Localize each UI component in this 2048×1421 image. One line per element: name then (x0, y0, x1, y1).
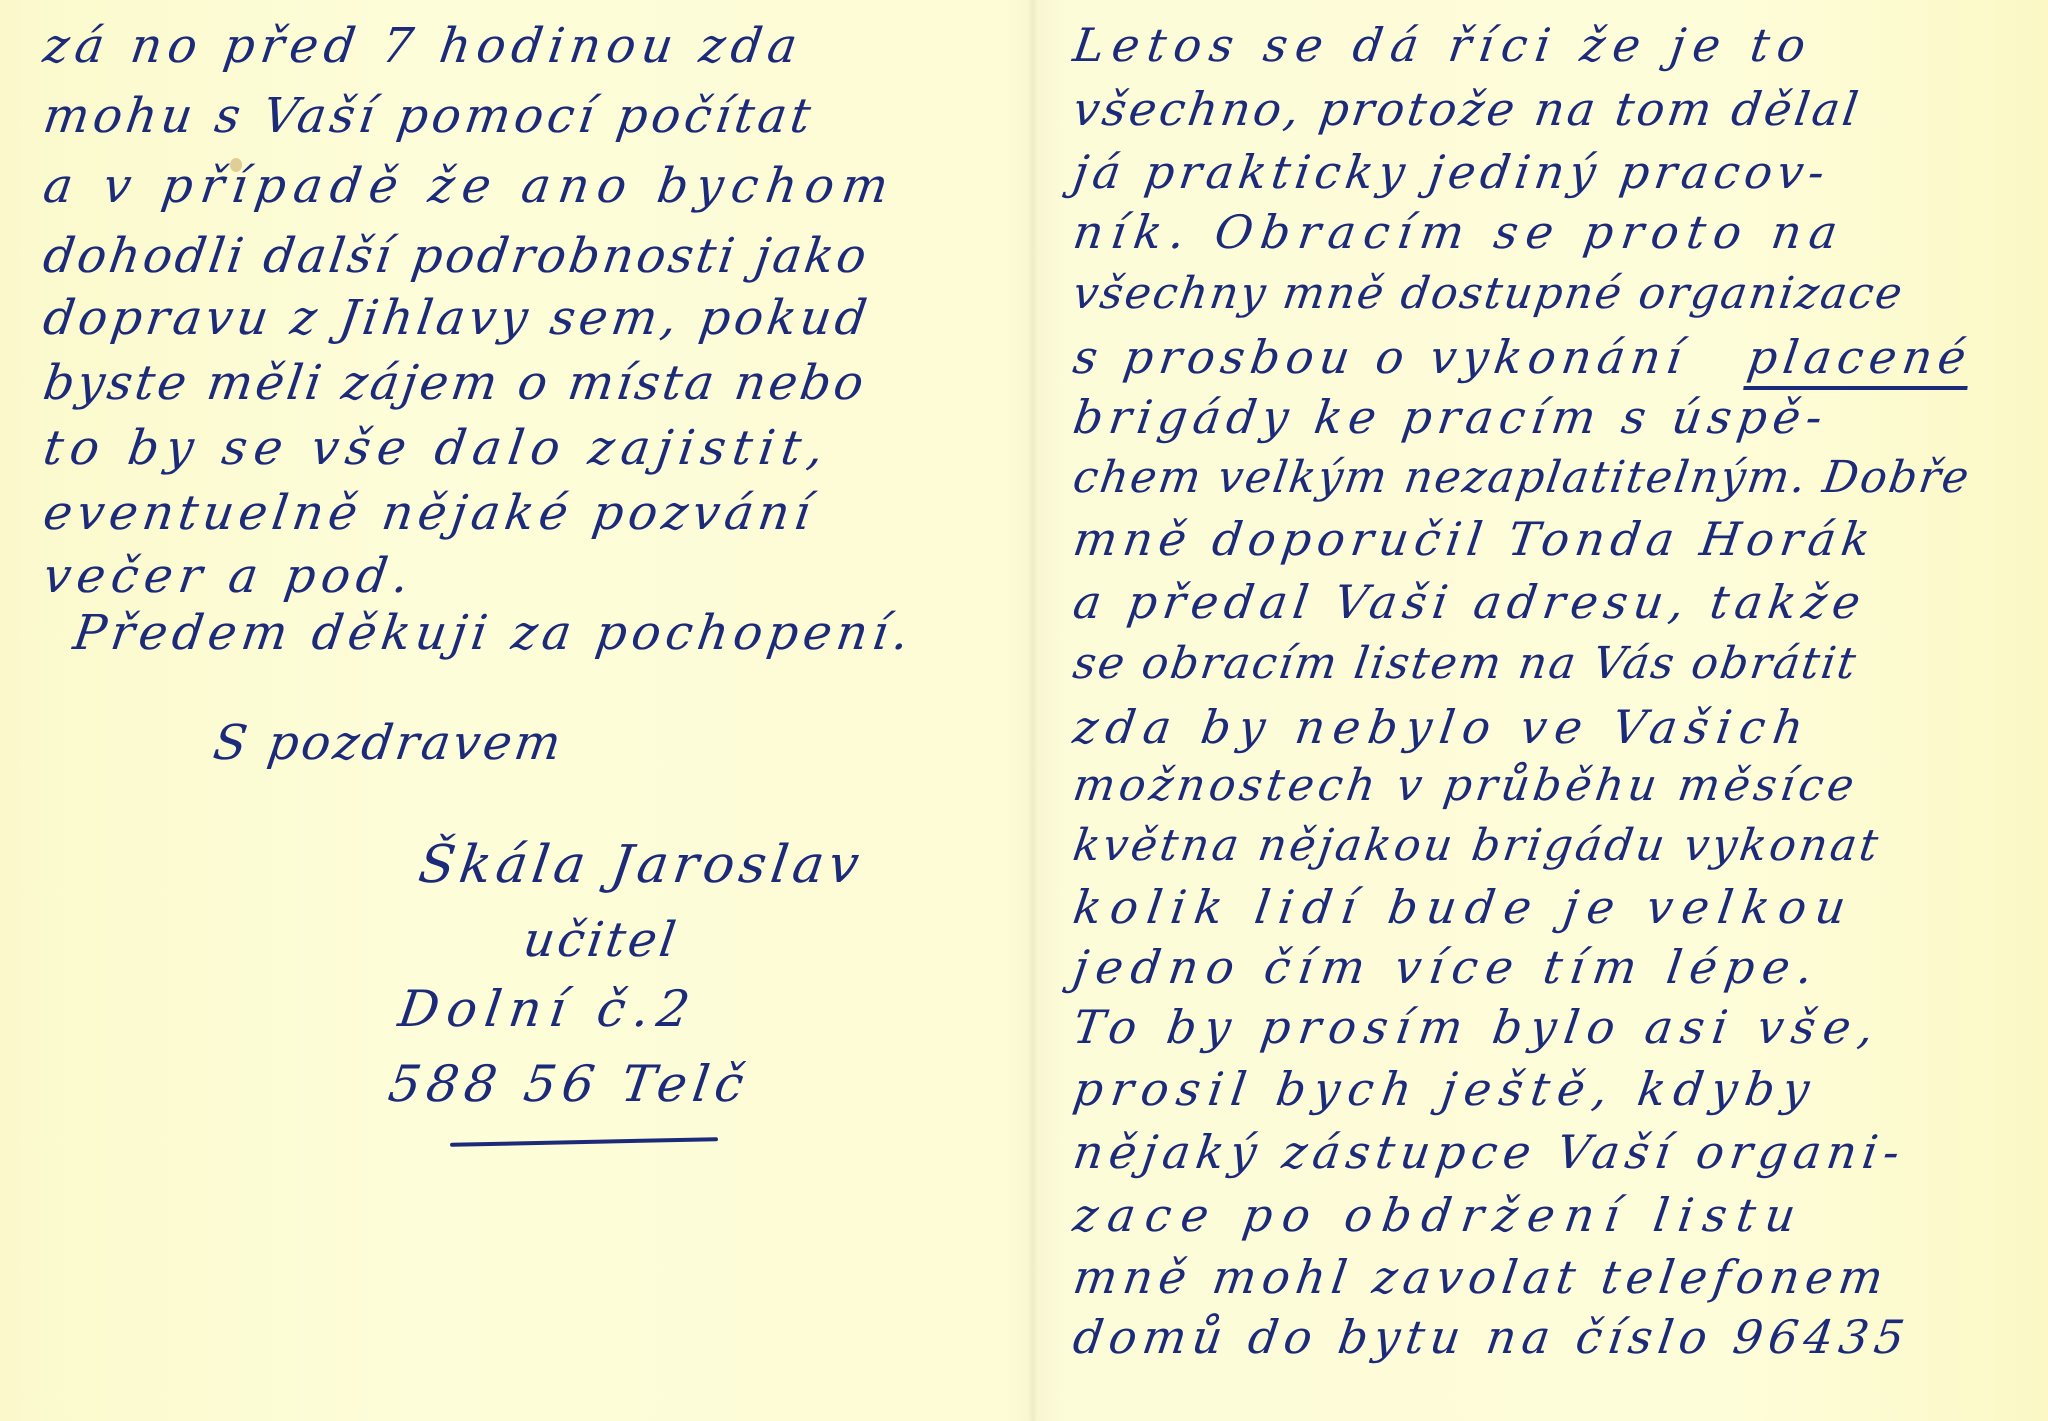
right-line-15: kolik lidí bude je velkou (1070, 880, 1858, 934)
left-line-9: večer a pod. (40, 548, 418, 604)
underlined-word: placené (1743, 330, 1975, 390)
letter-spread: zá no před 7 hodinou zda mohu s Vaší pom… (0, 0, 2048, 1421)
right-line-2: všechno, protože na tom dělal (1070, 82, 1864, 136)
left-line-4: dohodli další podrobnosti jako (40, 228, 873, 284)
right-line-10: a předal Vaši adresu, takže (1070, 575, 1870, 629)
left-line-2: mohu s Vaší pomocí počítat (40, 88, 818, 144)
right-line-4: ník. Obracím se proto na (1070, 205, 1849, 259)
right-line-6-text: s prosbou o vykonání (1070, 330, 1691, 384)
left-line-7: to by se vše dalo zajistit, (40, 420, 834, 476)
right-line-9: mně doporučil Tonda Horák (1070, 512, 1879, 566)
signature-name: Škála Jaroslav (415, 835, 867, 895)
right-line-6: s prosbou o vykonání placené (1070, 330, 1975, 384)
right-line-12: zda by nebylo ve Vašich (1070, 700, 1815, 754)
left-page: zá no před 7 hodinou zda mohu s Vaší pom… (0, 0, 1040, 1421)
right-line-5: všechny mně dostupné organizace (1070, 268, 1907, 319)
right-line-14: května nějakou brigádu vykonat (1070, 820, 1884, 871)
right-line-1: Letos se dá říci že je to (1070, 18, 1817, 72)
signature-underline (450, 1137, 718, 1147)
right-line-20: zace po obdržení listu (1070, 1188, 1809, 1242)
right-page: Letos se dá říci že je to všechno, proto… (1040, 0, 2048, 1421)
signature-city: 588 56 Telč (385, 1055, 753, 1113)
right-line-21: mně mohl zavolat telefonem (1070, 1250, 1892, 1304)
right-line-3: já prakticky jediný pracov- (1070, 145, 1833, 199)
paper-stain (230, 158, 242, 172)
right-line-8: chem velkým nezaplatitelným. Dobře (1070, 452, 1974, 503)
signature-title: učitel (520, 912, 682, 968)
right-line-13: možnostech v průběhu měsíce (1070, 760, 1861, 811)
left-line-6: byste měli zájem o místa nebo (40, 355, 870, 411)
right-line-16: jedno čím více tím lépe. (1070, 940, 1824, 994)
left-line-3: a v případě že ano bychom (40, 158, 900, 214)
closing-salutation: S pozdravem (210, 715, 567, 771)
right-line-17: To by prosím bylo asi vše, (1070, 1000, 1885, 1054)
signature-street: Dolní č.2 (395, 980, 701, 1038)
right-line-11: se obracím listem na Vás obrátit (1070, 638, 1861, 689)
left-line-10: Předem děkuji za pochopení. (70, 605, 917, 661)
right-line-18: prosil bych ještě, kdyby (1070, 1062, 1821, 1116)
right-line-7: brigády ke pracím s úspě- (1070, 390, 1832, 444)
left-line-1: zá no před 7 hodinou zda (40, 18, 806, 74)
left-line-8: eventuelně nějaké pozvání (40, 485, 819, 541)
left-line-5: dopravu z Jihlavy sem, pokud (40, 290, 874, 346)
right-line-19: nějaký zástupce Vaší organi- (1070, 1125, 1909, 1179)
right-line-22: domů do bytu na číslo 96435 (1070, 1310, 1914, 1364)
